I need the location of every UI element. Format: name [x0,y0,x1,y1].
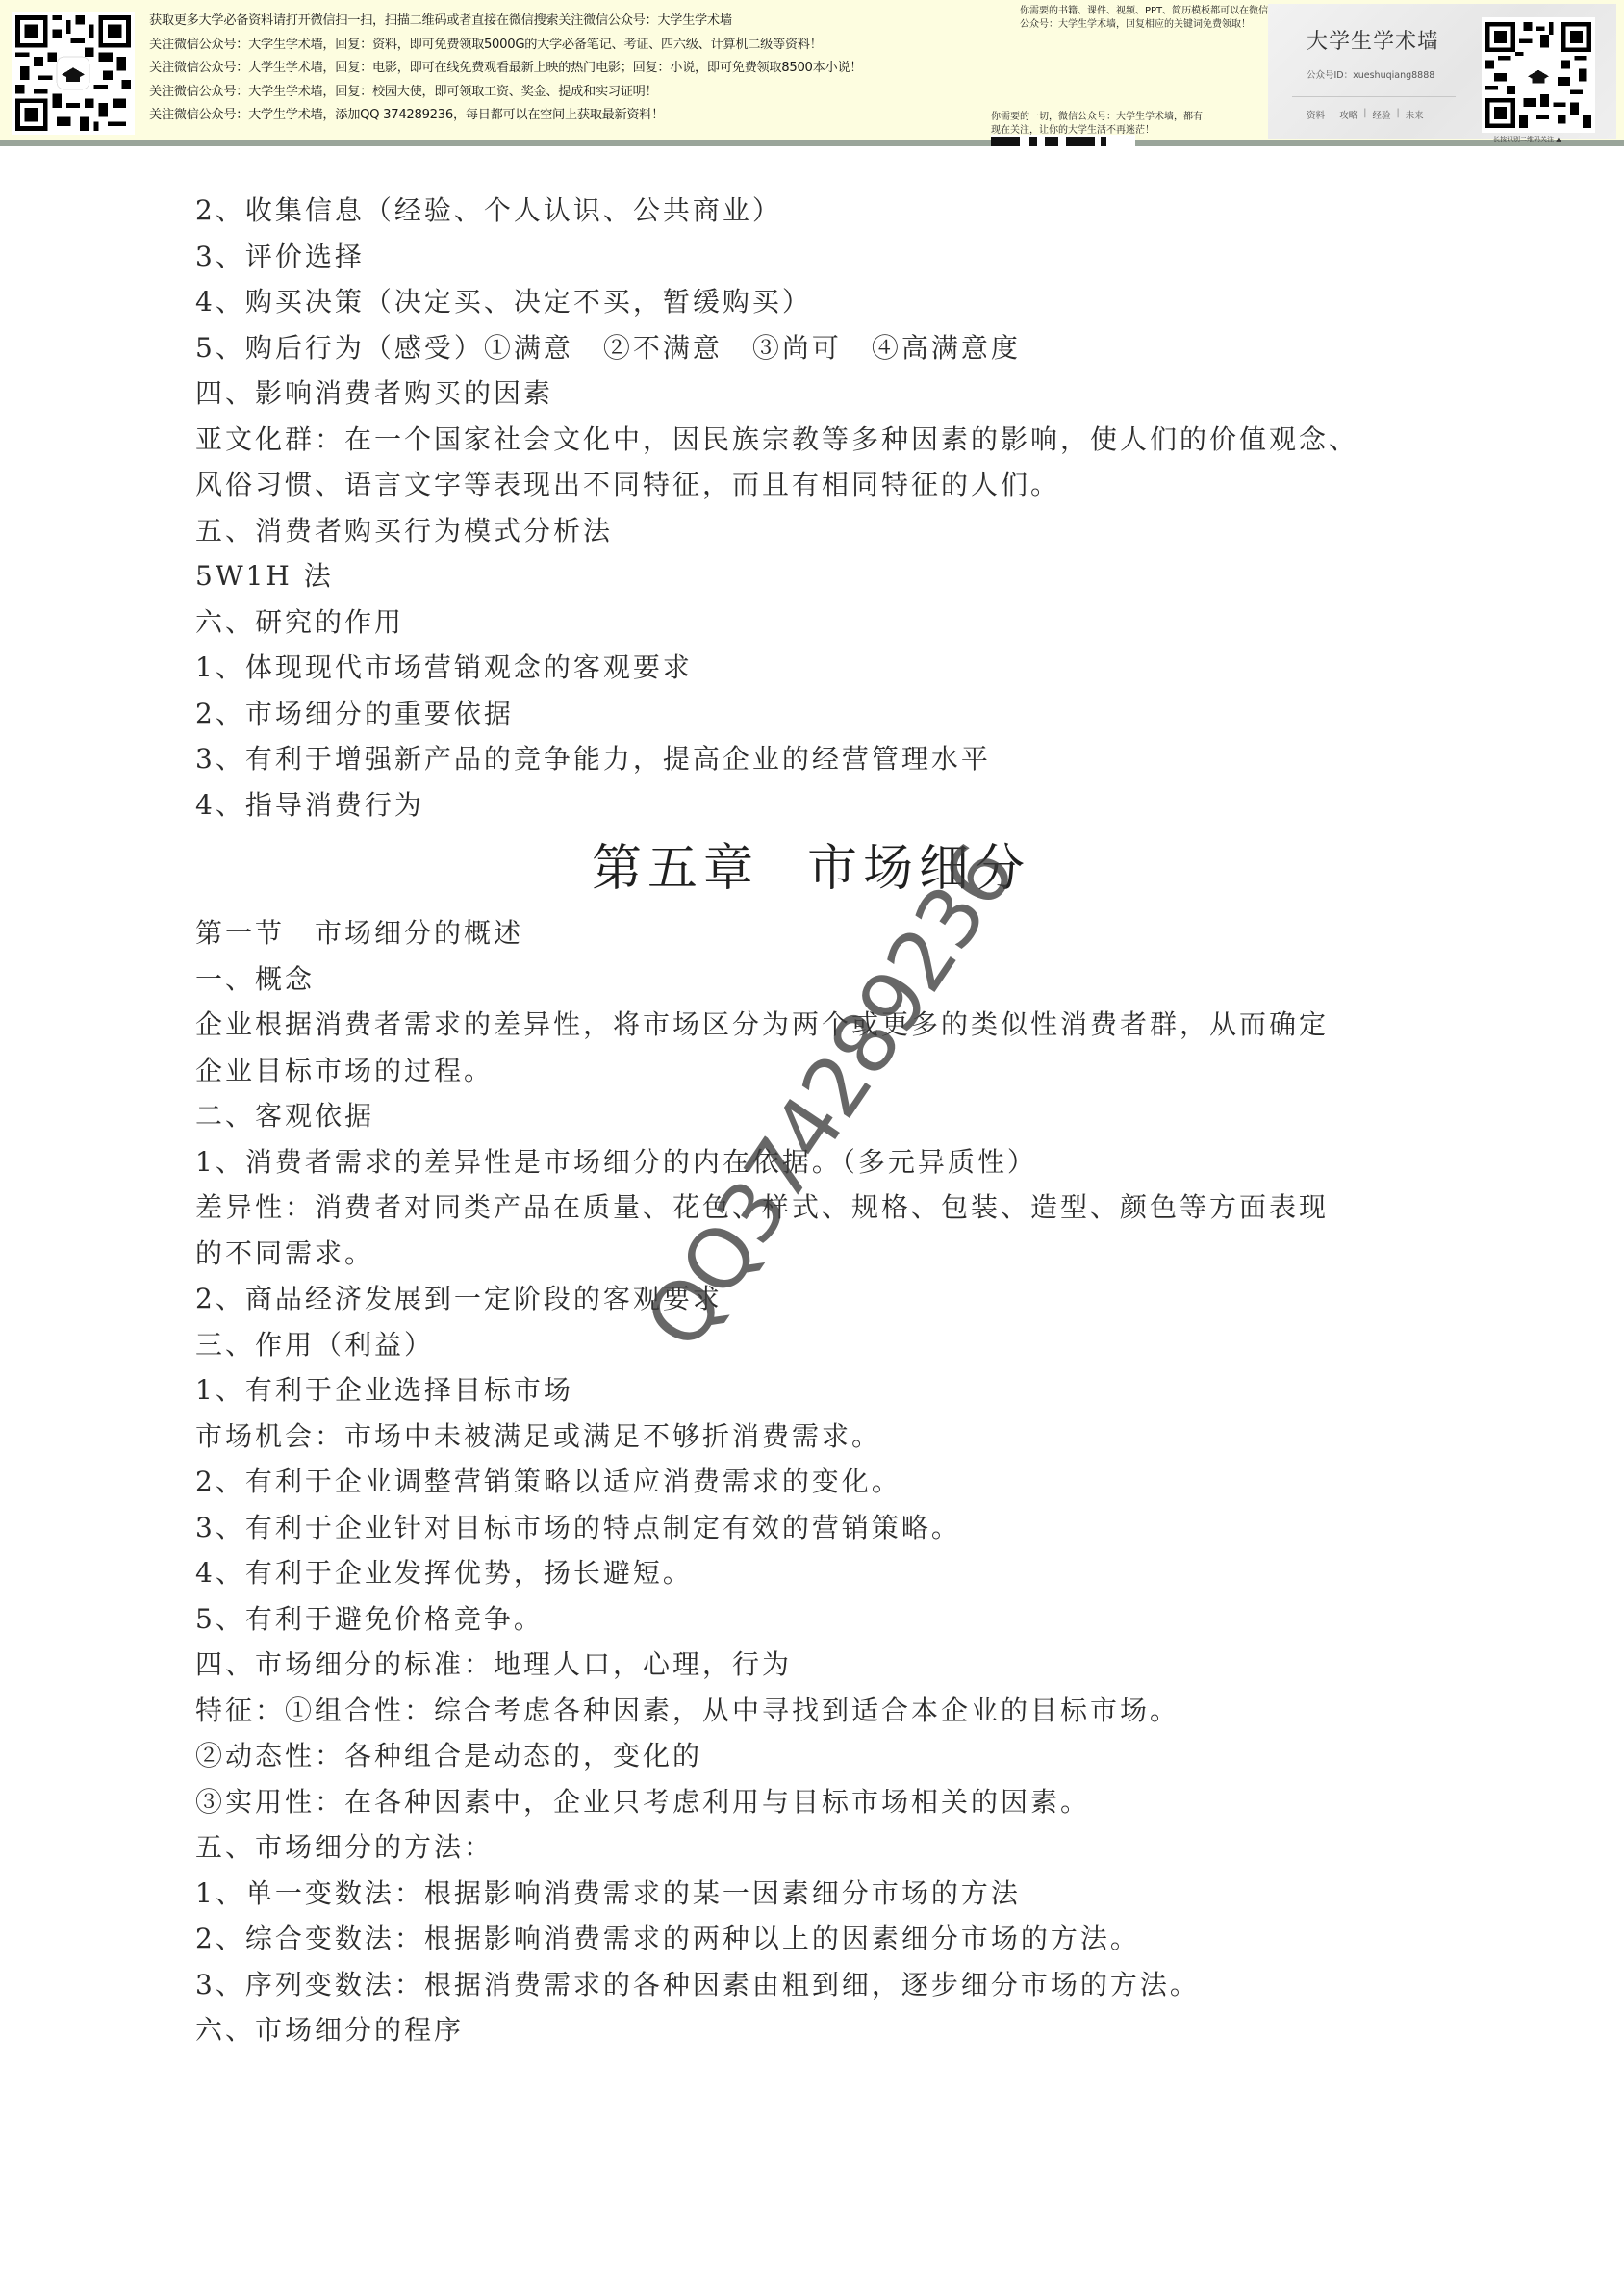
brand-nav: 资料| 攻略| 经验| 未来 [1307,108,1424,121]
text-line: 3、有利于企业针对目标市场的特点制定有效的营销策略。 [195,1505,1446,1551]
text-line: 1、单一变数法：根据影响消费需求的某一因素细分市场的方法 [195,1871,1446,1917]
text-line: 3、序列变数法：根据消费需求的各种因素由粗到细，逐步细分市场的方法。 [195,1962,1446,2008]
text-line: 1、体现现代市场营销观念的客观要求 [195,645,1446,691]
promo-text-block: 获取更多大学必备资料请打开微信扫一扫，扫描二维码或者直接在微信搜索关注微信公众号… [149,10,1005,128]
section-heading: 三、作用（利益） [195,1322,1446,1368]
text-line: 特征：①组合性：综合考虑各种因素，从中寻找到适合本企业的目标市场。 [195,1688,1446,1734]
text-line: 的不同需求。 [195,1231,1446,1277]
brand-nav-item: 资料 [1307,108,1325,121]
text-line: ②动态性：各种组合是动态的，变化的 [195,1733,1446,1779]
text-line: 2、商品经济发展到一定阶段的客观要求 [195,1276,1446,1322]
qr-code-right-icon [1482,17,1595,133]
promo-banner: 获取更多大学必备资料请打开微信扫一扫，扫描二维码或者直接在微信搜索关注微信公众号… [0,0,1624,146]
section-heading: 第一节 市场细分的概述 [195,910,1446,956]
section-heading: 六、研究的作用 [195,599,1446,646]
section-heading: 四、影响消费者购买的因素 [195,370,1446,417]
text-line: 1、有利于企业选择目标市场 [195,1367,1446,1414]
section-heading: 六、市场细分的程序 [195,2007,1446,2053]
promo-note-bottom: 你需要的一切，微信公众号：大学生学术墙，都有！ 现在关注，让你的大学生活不再迷茫… [991,111,1270,138]
text-line: 5、购后行为（感受）①满意 ②不满意 ③尚可 ④高满意度 [195,325,1446,371]
brand-id: 公众号ID：xueshuqiang8888 [1307,67,1434,81]
chapter-number: 第五章 [592,840,759,898]
text-line: 2、有利于企业调整营销策略以适应消费需求的变化。 [195,1459,1446,1505]
text-line: 2、市场细分的重要依据 [195,691,1446,737]
promo-line: 关注微信公众号：大学生学术墙，添加QQ 374289236，每日都可以在空间上获… [149,104,1005,128]
text-line: 5W1H 法 [195,553,1446,599]
text-line: 3、有利于增强新产品的竞争能力，提高企业的经营管理水平 [195,736,1446,782]
brand-divider [1292,96,1456,97]
promo-note-bottom-line: 你需要的一切，微信公众号：大学生学术墙，都有！ [991,111,1270,124]
section-heading: 五、市场细分的方法： [195,1824,1446,1871]
brand-nav-item: 经验 [1372,108,1390,121]
text-line: 亚文化群：在一个国家社会文化中，因民族宗教等多种因素的影响，使人们的价值观念、 [195,417,1446,463]
promo-line: 关注微信公众号：大学生学术墙，回复：校园大使，即可领取工资、奖金、提成和实习证明… [149,81,1005,105]
brand-nav-item: 攻略 [1339,108,1358,121]
section-heading: 四、市场细分的标准：地理人口，心理，行为 [195,1642,1446,1688]
banner-decoration [991,135,1135,146]
text-line: 风俗习惯、语言文字等表现出不同特征，而且有相同特征的人们。 [195,462,1446,508]
text-line: 4、有利于企业发挥优势，扬长避短。 [195,1550,1446,1596]
promo-line: 关注微信公众号：大学生学术墙，回复：电影，即可在线免费观看最新上映的热门电影；回… [149,57,1005,81]
text-line: 3、评价选择 [195,234,1446,280]
promo-line: 关注微信公众号：大学生学术墙，回复：资料，即可免费领取5000G的大学必备笔记、… [149,34,1005,58]
brand-nav-item: 未来 [1406,108,1424,121]
text-line: ③实用性：在各种因素中，企业只考虑利用与目标市场相关的因素。 [195,1779,1446,1825]
promo-line: 获取更多大学必备资料请打开微信扫一扫，扫描二维码或者直接在微信搜索关注微信公众号… [149,10,1005,34]
chapter-title: 第五章市场细分 [176,828,1446,910]
brand-name: 大学生学术墙 [1307,25,1439,55]
text-line: 4、指导消费行为 [195,782,1446,828]
qr-code-left-icon [12,12,135,135]
text-line: 市场机会：市场中未被满足或满足不够折消费需求。 [195,1414,1446,1460]
text-line: 4、购买决策（决定买、决定不买，暂缓购买） [195,279,1446,325]
qr-caption: 长按识别二维码关注 ▲ [1493,135,1561,144]
text-line: 2、收集信息（经验、个人认识、公共商业） [195,188,1446,234]
section-heading: 五、消费者购买行为模式分析法 [195,508,1446,554]
text-line: 2、综合变数法：根据影响消费需求的两种以上的因素细分市场的方法。 [195,1916,1446,1962]
text-line: 5、有利于避免价格竞争。 [195,1596,1446,1643]
section-heading: 一、概念 [195,956,1446,1003]
promo-note-top: 你需要的书籍、课件、视频、PPT、简历模板都可以在微信公众号：大学生学术墙，回复… [1020,5,1270,32]
